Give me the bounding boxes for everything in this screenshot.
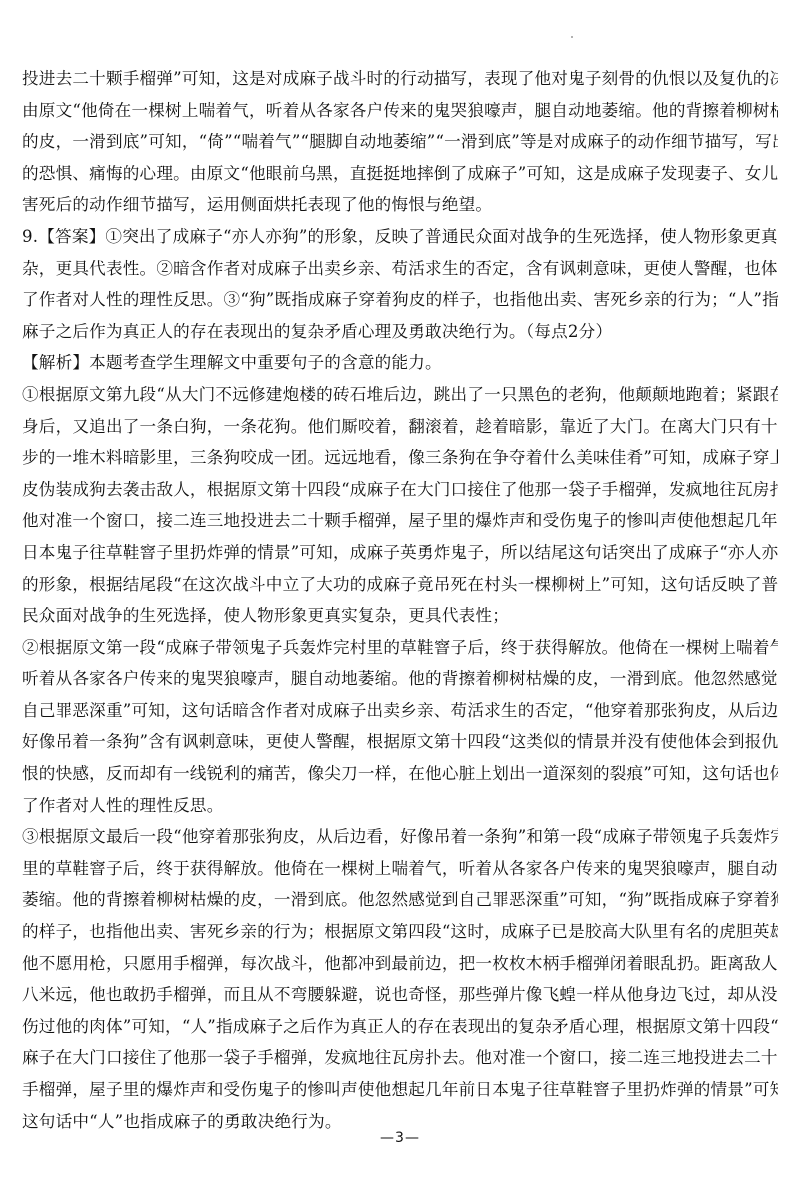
text-line: 害死后的动作细节描写，运用侧面烘托表现了他的悔恨与绝望。 <box>22 189 778 221</box>
paragraph-q9-answer: 9.【答案】①突出了成麻子“亦人亦狗”的形象，反映了普通民众面对战争的生死选择，… <box>22 221 778 347</box>
text-line: 由原文“他倚在一棵树上喘着气，听着从各家各户传来的鬼哭狼嚎声，腿自动地萎缩。他的… <box>22 95 778 127</box>
text-line: 了作者对人性的理性反思。 <box>22 790 778 822</box>
text-line: 他不愿用枪，只愿用手榴弹，每次战斗，他都冲到最前边，把一枚枚木柄手榴弹闭着眼乱扔… <box>22 948 778 980</box>
text-line: 日本鬼子往草鞋窨子里扔炸弹的情景”可知，成麻子英勇炸鬼子，所以结尾这句话突出了成… <box>22 537 778 569</box>
text-line: 投进去二十颗手榴弹”可知，这是对成麻子战斗时的行动描写，表现了他对鬼子刻骨的仇恨… <box>22 63 778 95</box>
text-line: 的形象，根据结尾段“在这次战斗中立了大功的成麻子竟吊死在村头一棵柳树上”可知，这… <box>22 569 778 601</box>
text-line: 八米远，他也敢扔手榴弹，而且从不弯腰躲避，说也奇怪，那些弹片像飞蝗一样从他身边飞… <box>22 979 778 1011</box>
text-line: 的样子，也指他出卖、害死乡亲的行为；根据原文第四段“这时，成麻子已是胶高大队里有… <box>22 916 778 948</box>
text-line: ②根据原文第一段“成麻子带领鬼子兵轰炸完村里的草鞋窨子后，终于获得解放。他倚在一… <box>22 632 778 664</box>
text-line: 里的草鞋窨子后，终于获得解放。他倚在一棵树上喘着气，听着从各家各户传来的鬼哭狼嚎… <box>22 853 778 885</box>
document-body: 投进去二十颗手榴弹”可知，这是对成麻子战斗时的行动描写，表现了他对鬼子刻骨的仇恨… <box>22 63 778 1137</box>
analysis-heading-line: 【解析】本题考查学生理解文中重要句子的含意的能力。 <box>22 347 778 379</box>
text-line: 了作者对人性的理性反思。③“狗”既指成麻子穿着狗皮的样子，也指他出卖、害死乡亲的… <box>22 284 778 316</box>
page-number: —3— <box>0 1130 800 1146</box>
text-line: 好像吊着一条狗”含有讽刺意味，更使人警醒，根据原文第十四段“这类似的情景并没有使… <box>22 726 778 758</box>
paragraph-q9-analysis-intro: 【解析】本题考查学生理解文中重要句子的含意的能力。 <box>22 347 778 379</box>
text-line: 身后，又追出了一条白狗，一条花狗。他们厮咬着，翻滚着，趁着暗影，靠近了大门。在离… <box>22 411 778 443</box>
text-line: 步的一堆木料暗影里，三条狗咬成一团。远远地看，像三条狗在争夺着什么美味佳肴”可知… <box>22 442 778 474</box>
document-page: 投进去二十颗手榴弹”可知，这是对成麻子战斗时的行动描写，表现了他对鬼子刻骨的仇恨… <box>0 0 800 1188</box>
text-line: 伤过他的肉体”可知，“人”指成麻子之后作为真正人的存在表现出的复杂矛盾心理，根据… <box>22 1011 778 1043</box>
text-line: ③根据原文最后一段“他穿着那张狗皮，从后边看，好像吊着一条狗”和第一段“成麻子带… <box>22 821 778 853</box>
paragraph-analysis-point-2: ②根据原文第一段“成麻子带领鬼子兵轰炸完村里的草鞋窨子后，终于获得解放。他倚在一… <box>22 632 778 822</box>
text-line: 恨的快感，反而却有一线锐利的痛苦，像尖刀一样，在他心脏上划出一道深刻的裂痕”可知… <box>22 758 778 790</box>
text-line: 的恐惧、痛悔的心理。由原文“他眼前乌黑，直挺挺地摔倒了成麻子”可知，这是成麻子发… <box>22 158 778 190</box>
text-line: 他对准一个窗口，接二连三地投进去二十颗手榴弹，屋子里的爆炸声和受伤鬼子的惨叫声使… <box>22 505 778 537</box>
paragraph-q8-continuation: 投进去二十颗手榴弹”可知，这是对成麻子战斗时的行动描写，表现了他对鬼子刻骨的仇恨… <box>22 63 778 221</box>
text-line: 皮伪装成狗去袭击敌人，根据原文第十四段“成麻子在大门口接住了他那一袋子手榴弹，发… <box>22 474 778 506</box>
text-line: 民众面对战争的生死选择，使人物形象更真实复杂，更具代表性； <box>22 600 778 632</box>
answer-heading-line: 9.【答案】①突出了成麻子“亦人亦狗”的形象，反映了普通民众面对战争的生死选择，… <box>22 221 778 253</box>
text-line: 杂，更具代表性。②暗含作者对成麻子出卖乡亲、苟活求生的否定，含有讽刺意味，更使人… <box>22 253 778 285</box>
text-line: 手榴弹，屋子里的爆炸声和受伤鬼子的惨叫声使他想起几年前日本鬼子往草鞋窨子里扔炸弹… <box>22 1074 778 1106</box>
text-line: 自己罪恶深重”可知，这句话暗含作者对成麻子出卖乡亲、苟活求生的否定，“他穿着那张… <box>22 695 778 727</box>
text-line: 听着从各家各户传来的鬼哭狼嚎声，腿自动地萎缩。他的背擦着柳树枯燥的皮，一滑到底。… <box>22 663 778 695</box>
paragraph-analysis-point-1: ①根据原文第九段“从大门不远修建炮楼的砖石堆后边，跳出了一只黑色的老狗，他颠颠地… <box>22 379 778 632</box>
text-line: 麻子在大门口接住了他那一袋子手榴弹，发疯地往瓦房扑去。他对准一个窗口，接二连三地… <box>22 1042 778 1074</box>
text-line: 的皮，一滑到底”可知，“倚”“喘着气”“腿脚自动地萎缩”“一滑到底”等是对成麻子… <box>22 126 778 158</box>
paragraph-analysis-point-3: ③根据原文最后一段“他穿着那张狗皮，从后边看，好像吊着一条狗”和第一段“成麻子带… <box>22 821 778 1137</box>
text-line: 萎缩。他的背擦着柳树枯燥的皮，一滑到底。他忽然感觉到自己罪恶深重”可知，“狗”既… <box>22 884 778 916</box>
scan-speck <box>571 36 573 38</box>
text-line: ①根据原文第九段“从大门不远修建炮楼的砖石堆后边，跳出了一只黑色的老狗，他颠颠地… <box>22 379 778 411</box>
text-line: 麻子之后作为真正人的存在表现出的复杂矛盾心理及勇敢决绝行为。（每点2分） <box>22 316 778 348</box>
